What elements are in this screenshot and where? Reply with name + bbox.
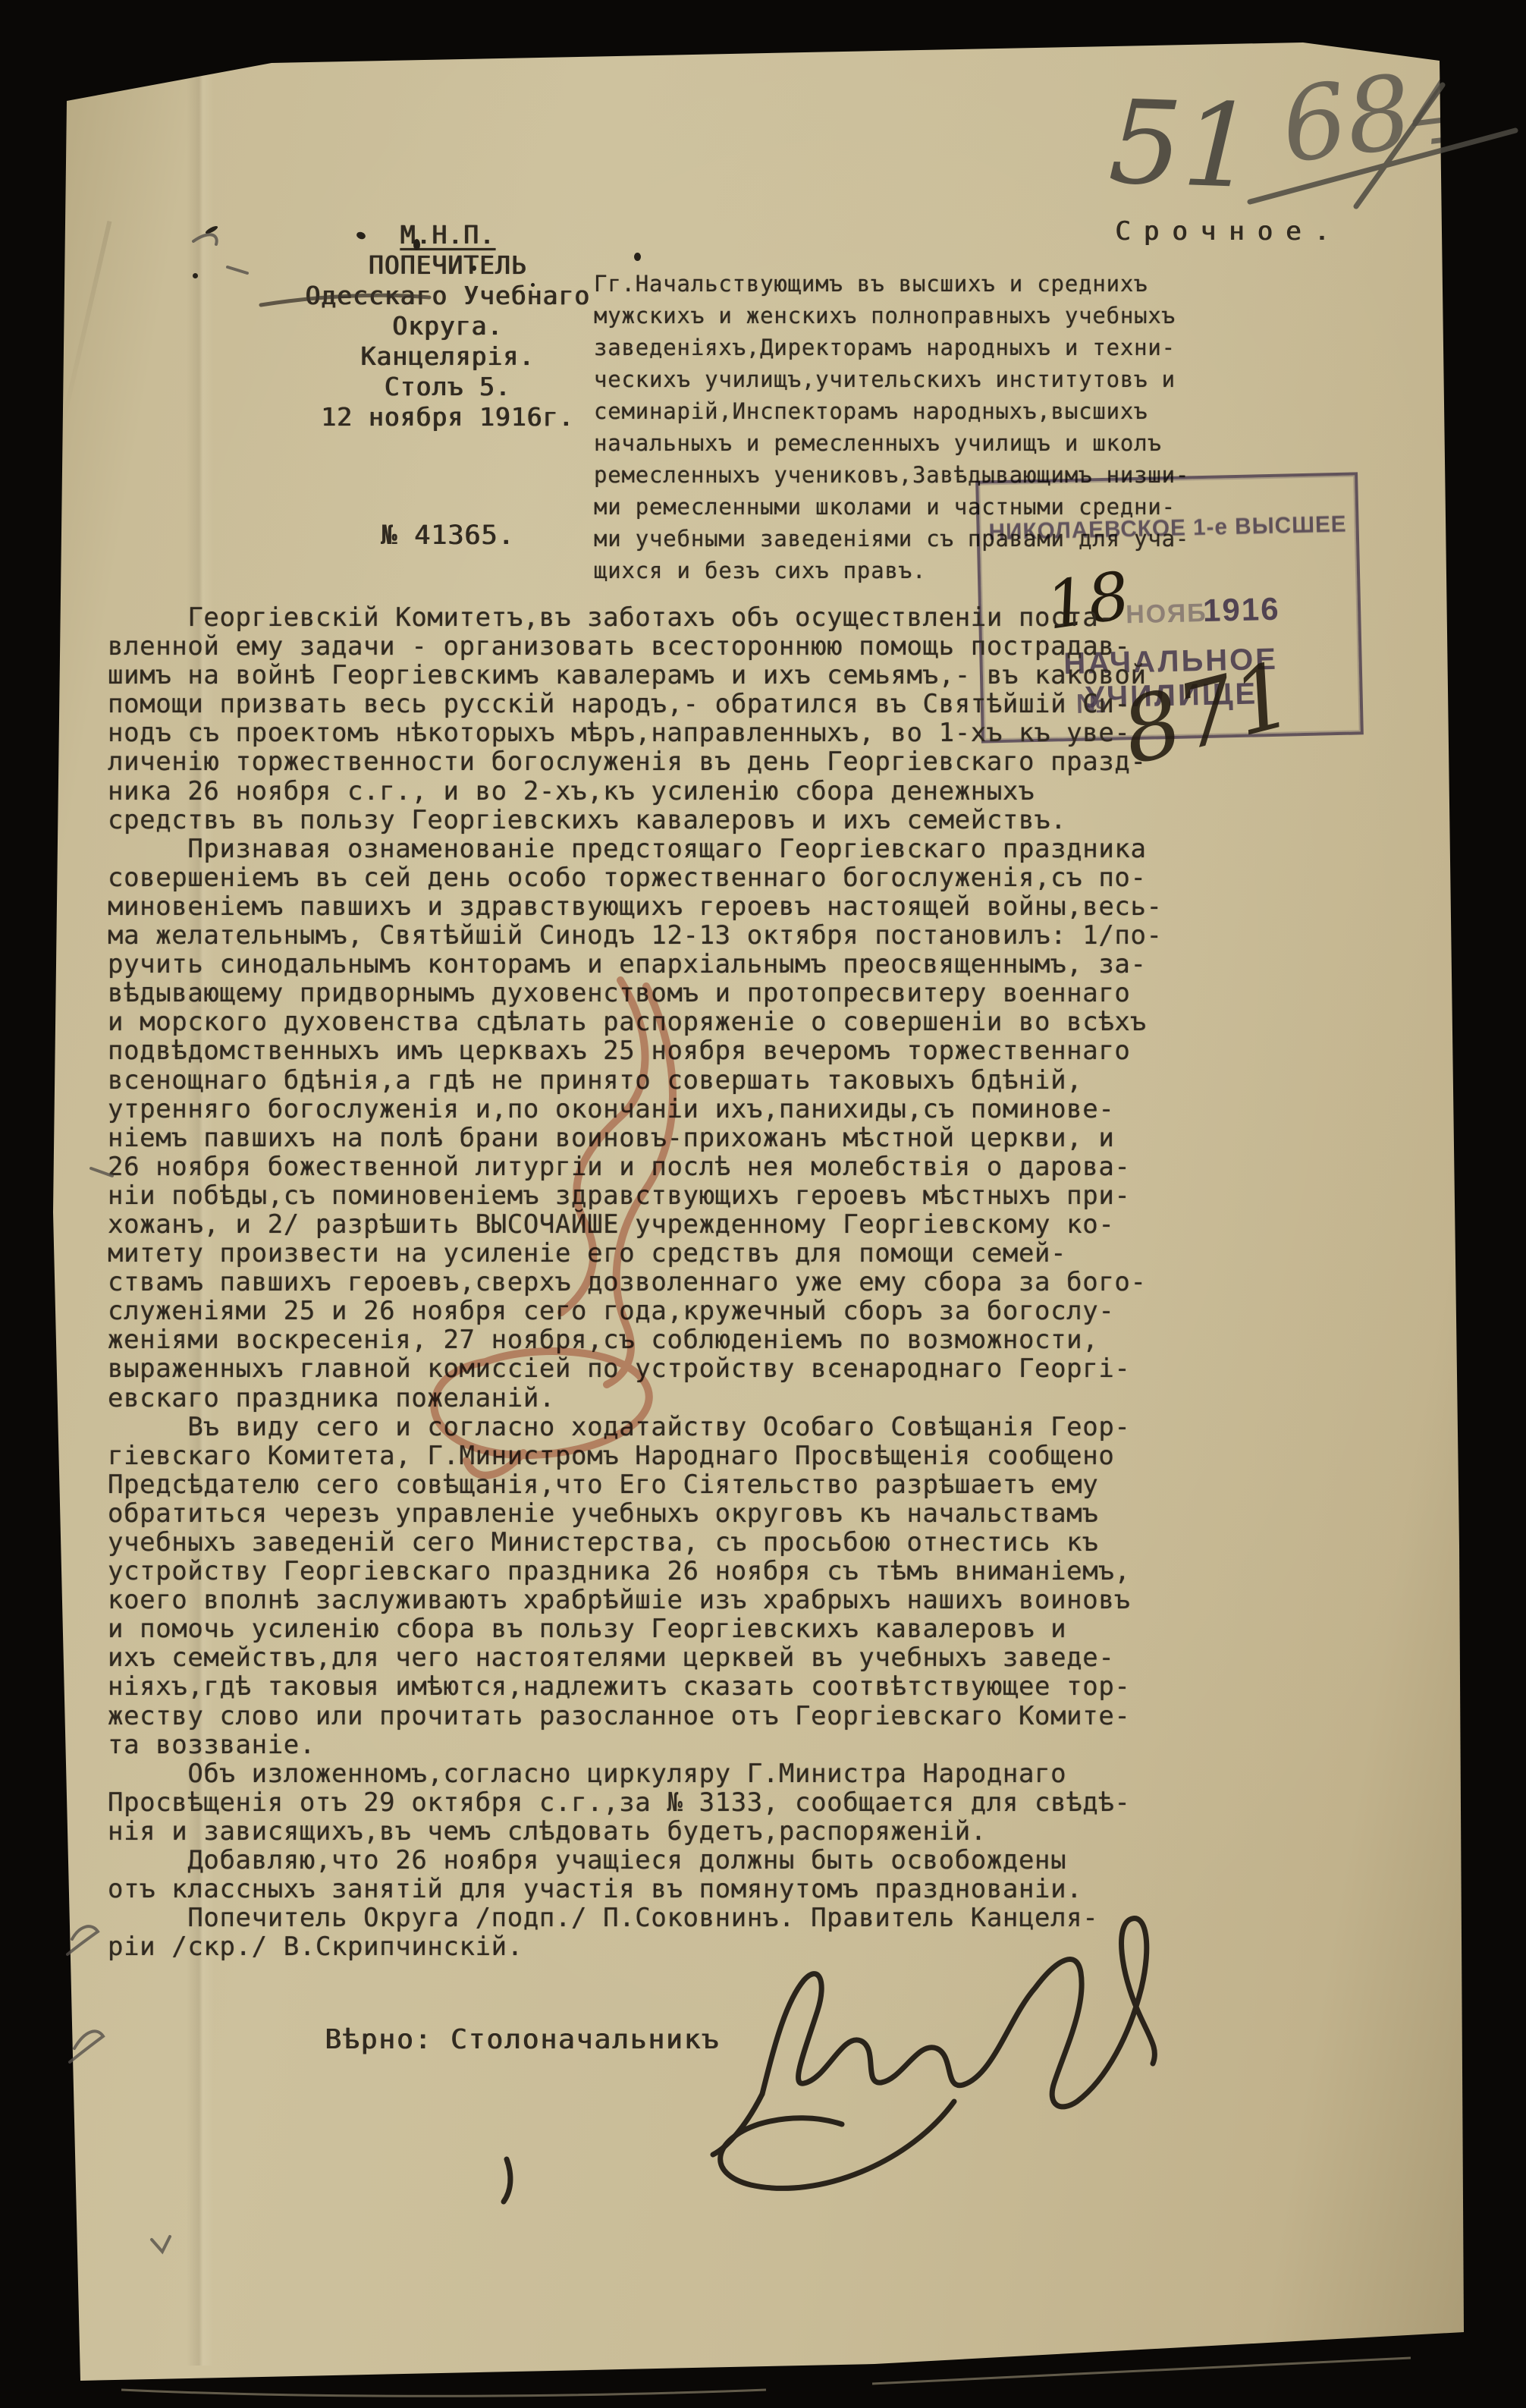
ink-speck	[472, 266, 476, 271]
document-paper: М.Н.П.ПОПЕЧИТЕЛЬОдесскаго УчебнагоОкруга…	[44, 29, 1473, 2387]
photo-of-document: { "letterhead": { "lines": ["М.Н.П.", "П…	[0, 0, 1526, 2408]
letterhead-line: 12 ноября 1916г.	[250, 402, 645, 432]
body-line: Объ изложенномъ,согласно циркуляру Г.Мин…	[108, 1759, 1163, 1788]
ink-speck	[531, 283, 535, 287]
addressee-line: семинарій,Инспекторамъ народныхъ,высшихъ	[594, 395, 1189, 427]
body-line: ніемъ павшихъ на полѣ брани воиновъ-прих…	[108, 1124, 1163, 1152]
body-line: вѣдывающему придворнымъ духовенствомъ и …	[108, 979, 1163, 1008]
body-line: миновеніемъ павшихъ и здравствующихъ гер…	[108, 892, 1163, 921]
body-line: личенію торжественности богослуженія въ …	[108, 747, 1163, 776]
addressee-line: Гг.Начальствующимъ въ высшихъ и среднихъ	[594, 268, 1189, 300]
body-line: ствамъ павшихъ героевъ,сверхъ дозволенна…	[108, 1268, 1163, 1297]
body-line: Попечитель Округа /подп./ П.Соковнинъ. П…	[108, 1903, 1163, 1932]
body-line: 26 ноября божественной литургіи и послѣ …	[108, 1152, 1163, 1181]
body-line: помощи призвать весь русскій народъ,- об…	[108, 690, 1163, 718]
ink-speck	[634, 253, 641, 261]
body-line: всенощнаго бдѣнія,а гдѣ не принято совер…	[108, 1066, 1163, 1095]
body-line: и морского духовенства сдѣлать распоряже…	[108, 1008, 1163, 1036]
body-line: устройству Георгіевскаго праздника 26 но…	[108, 1557, 1163, 1586]
body-line: обратиться черезъ управленіе учебныхъ ок…	[108, 1499, 1163, 1528]
letterhead-line: Одесскаго Учебнаго	[250, 281, 645, 311]
addressee-line: заведеніяхъ,Директорамъ народныхъ и техн…	[594, 332, 1189, 363]
body-line: средствъ въ пользу Георгіевскихъ кавалер…	[108, 806, 1163, 835]
letterhead-line: Округа.	[250, 311, 645, 341]
letterhead: М.Н.П.ПОПЕЧИТЕЛЬОдесскаго УчебнагоОкруга…	[250, 220, 645, 432]
body-line: служеніями 25 и 26 ноября сего года,круж…	[108, 1297, 1163, 1325]
body-line: та воззваніе.	[108, 1731, 1163, 1759]
page-number-pencil: 51	[1107, 75, 1258, 215]
addressee-line: ческихъ училищъ,учительскихъ институтовъ…	[594, 363, 1189, 395]
body-line: утренняго богослуженія и,по окончаніи их…	[108, 1095, 1163, 1124]
letterhead-line: Канцелярія.	[250, 341, 645, 372]
body-line: совершеніемъ въ сей день особо торжестве…	[108, 863, 1163, 892]
body-line: митету произвести на усиленіе его средст…	[108, 1239, 1163, 1268]
body-line: Предсѣдателю сего совѣщанія,что Его Сіят…	[108, 1470, 1163, 1499]
body-line: и помочь усиленію сбора въ пользу Георгі…	[108, 1614, 1163, 1643]
body-line: гіевскаго Комитета, Г.Министромъ Народна…	[108, 1441, 1163, 1470]
body-line: Просвѣщенія отъ 29 октября с.г.,за № 313…	[108, 1788, 1163, 1817]
ink-speck	[193, 273, 198, 278]
body-line: нодъ съ проектомъ нѣкоторыхъ мѣръ,направ…	[108, 718, 1163, 747]
urgent-label: Срочное.	[1115, 216, 1342, 247]
body-line: вленной ему задачи - организовать всесто…	[108, 632, 1163, 661]
body-line: хожанъ, и 2/ разрѣшить ВЫСОЧАЙШЕ учрежде…	[108, 1210, 1163, 1239]
body-text: Георгіевскій Комитетъ,въ заботахъ объ ос…	[108, 603, 1163, 1961]
body-line: Добавляю,что 26 ноября учащіеся должны б…	[108, 1846, 1163, 1875]
body-line: Въ виду сего и согласно ходатайству Особ…	[108, 1413, 1163, 1441]
body-line: женіями воскресенія, 27 ноября,съ соблюд…	[108, 1325, 1163, 1354]
certification-line: Вѣрно: Столоначальникъ	[325, 2024, 720, 2055]
body-line: выраженныхъ главной комиссіей по устройс…	[108, 1354, 1163, 1383]
letterhead-line: ПОПЕЧИТЕЛЬ	[250, 250, 645, 281]
body-line: отъ классныхъ занятій для участія въ пом…	[108, 1875, 1163, 1903]
body-line: нія и зависящихъ,въ чемъ слѣдовать будет…	[108, 1817, 1163, 1846]
ink-speck	[413, 239, 420, 250]
body-line: ручить синодальнымъ конторамъ и епархіал…	[108, 950, 1163, 979]
body-line: коего вполнѣ заслуживаютъ храбрѣйшіе изъ…	[108, 1586, 1163, 1614]
addressee-line: начальныхъ и ремесленныхъ училищъ и школ…	[594, 427, 1189, 459]
body-line: ихъ семействъ,для чего настоятелями церк…	[108, 1643, 1163, 1672]
body-line: жеству слово или прочитать разосланное о…	[108, 1702, 1163, 1731]
paper-crease	[60, 221, 112, 429]
body-line: Георгіевскій Комитетъ,въ заботахъ объ ос…	[108, 603, 1163, 632]
stamp-school-top-line: НИКОЛАЕВСКОЕ 1-е ВЫСШЕЕ	[987, 511, 1349, 546]
body-line: ніяхъ,гдѣ таковыя имѣются,надлежитъ сказ…	[108, 1672, 1163, 1701]
body-line: Признавая ознаменованіе предстоящаго Гео…	[108, 835, 1163, 863]
body-line: ніи побѣды,съ поминовеніемъ здравствующи…	[108, 1181, 1163, 1210]
body-line: подвѣдомственныхъ имъ церквахъ 25 ноября…	[108, 1036, 1163, 1065]
stamp-year: 1916	[1203, 591, 1281, 629]
body-line: учебныхъ заведеній сего Министерства, съ…	[108, 1528, 1163, 1557]
body-line: ріи /скр./ В.Скрипчинскій.	[108, 1932, 1163, 1961]
crossed-number-pencil: 684	[1275, 45, 1482, 186]
body-line: евскаго праздника пожеланій.	[108, 1384, 1163, 1413]
body-line: ма желательнымъ, Святѣйшій Синодъ 12-13 …	[108, 921, 1163, 950]
letterhead-line: М.Н.П.	[250, 220, 645, 250]
body-line: ника 26 ноября с.г., и во 2-хъ,къ усилен…	[108, 777, 1163, 806]
addressee-line: мужскихъ и женскихъ полноправныхъ учебны…	[594, 300, 1189, 332]
body-line: шимъ на войнѣ Георгіевскимъ кавалерамъ и…	[108, 661, 1163, 690]
outgoing-number: № 41365.	[250, 520, 645, 551]
letterhead-line: Столъ 5.	[250, 372, 645, 402]
